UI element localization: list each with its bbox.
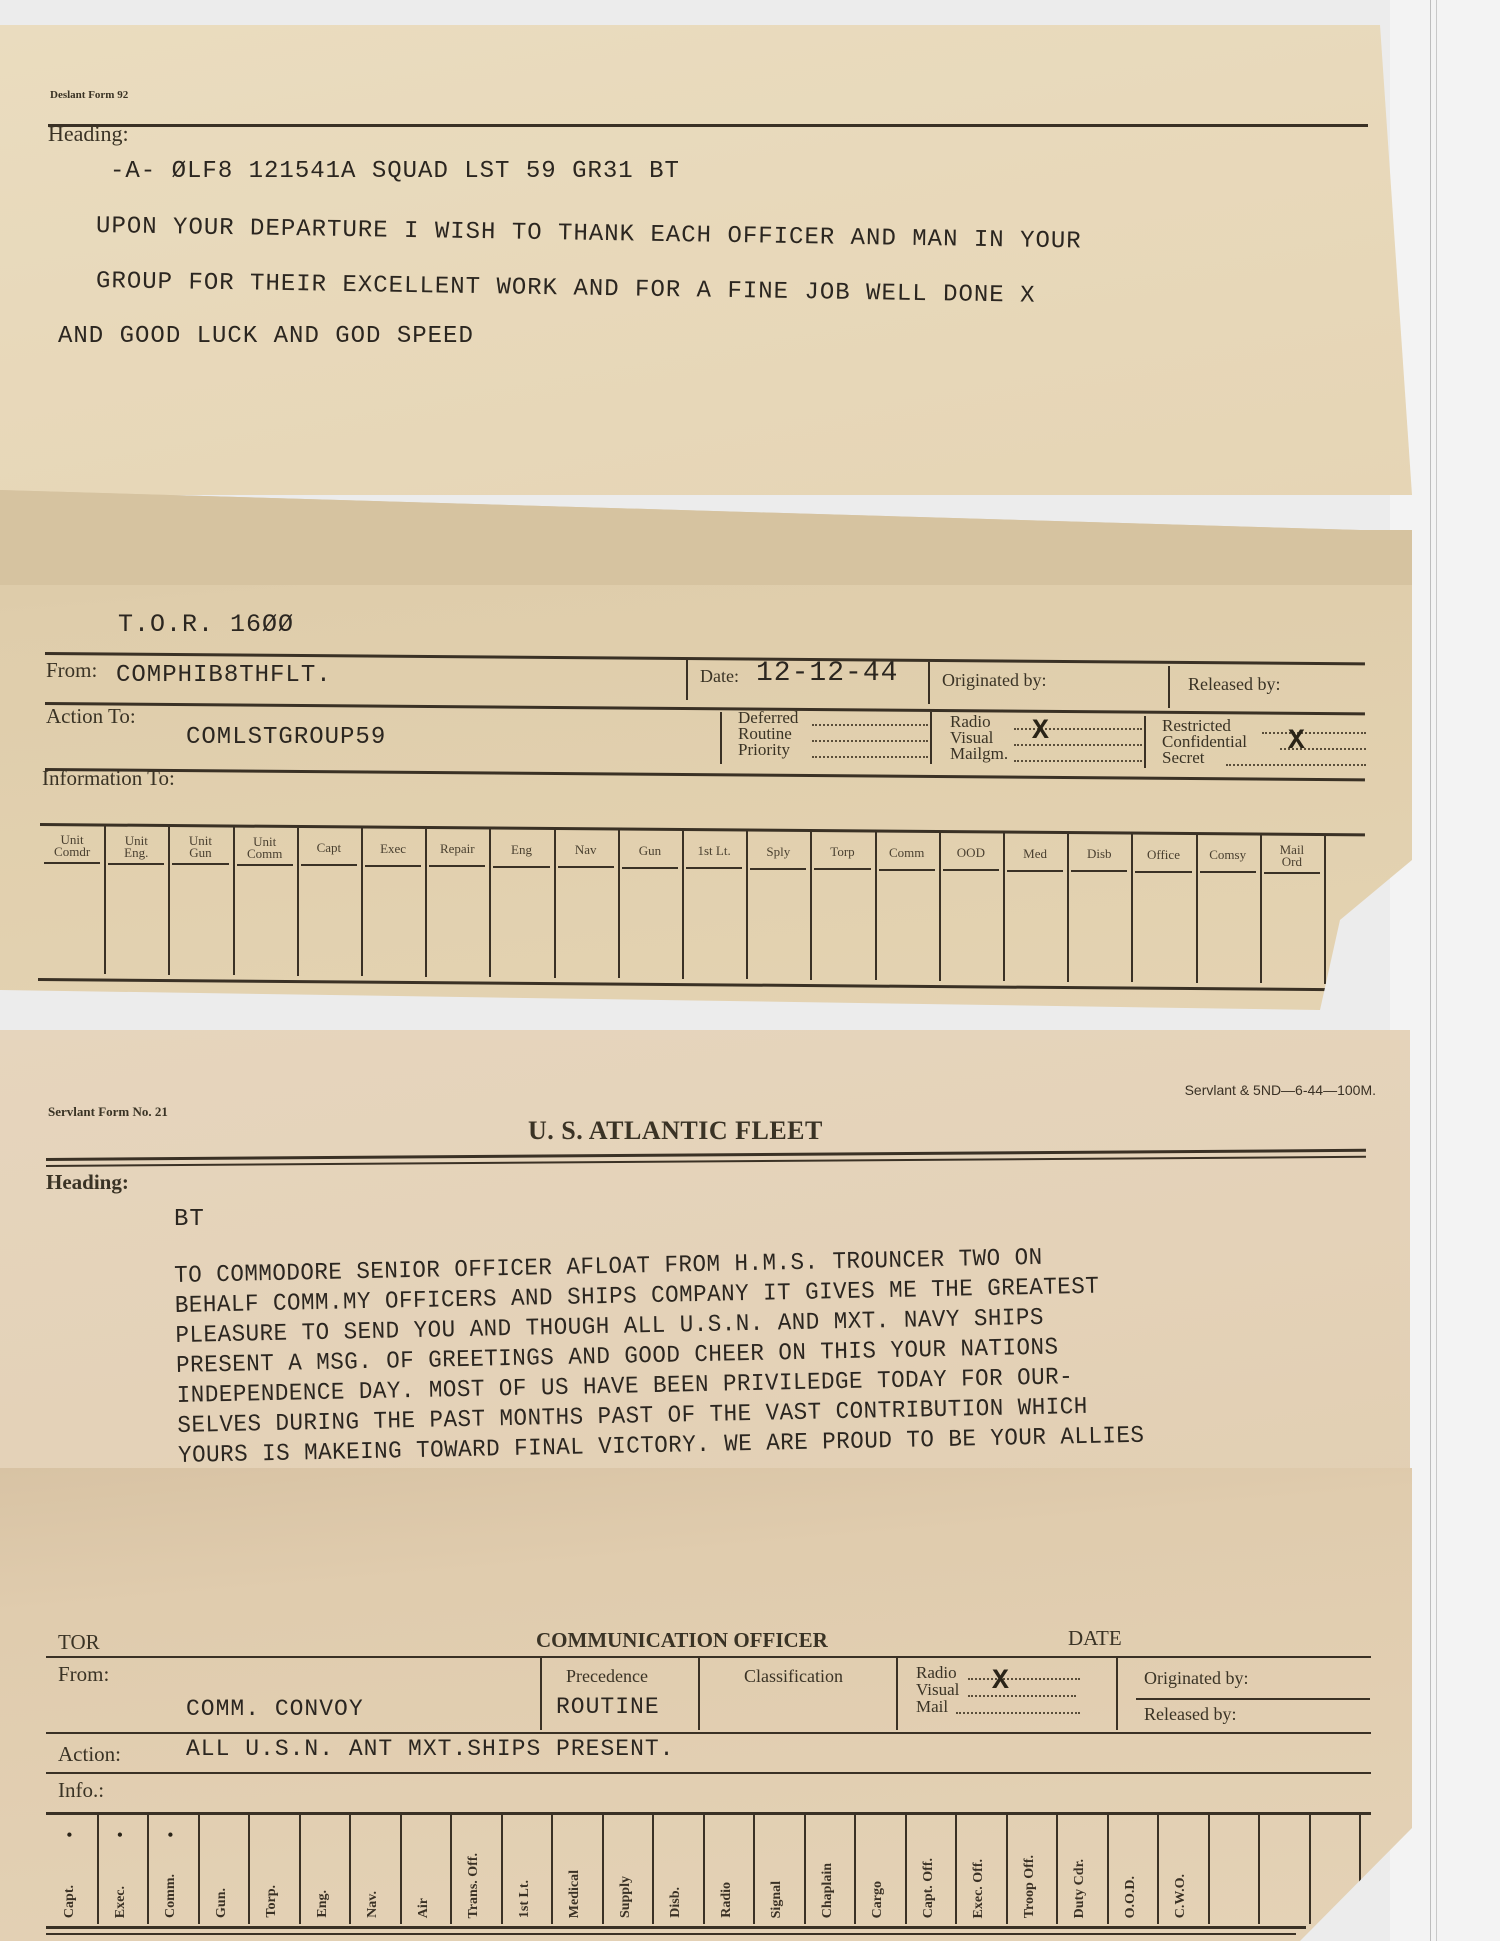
dotted-line (956, 1712, 1080, 1714)
column-divider (198, 1815, 200, 1924)
routing-bottom-rule (38, 978, 1328, 991)
released-by-label: Released by: (1188, 674, 1280, 695)
routing-column-header: Medical (567, 1870, 583, 1918)
routing-top-rule (46, 1812, 1371, 1815)
action-top-rule (45, 702, 1365, 715)
column-divider (1324, 836, 1326, 984)
routing-column-header: Capt (297, 842, 361, 854)
tor-label: TOR (58, 1630, 100, 1655)
originated-by-label: Originated by: (942, 670, 1046, 691)
routing-column-header: Sply (746, 846, 810, 858)
confidential-check-mark: X (1288, 726, 1305, 757)
method-visual: Visual (916, 1681, 959, 1698)
divider (1144, 716, 1146, 768)
column-divider (652, 1815, 654, 1924)
column-header-underline (943, 869, 999, 871)
routing-column-header: Capt. (62, 1885, 78, 1918)
action-value: ALL U.S.N. ANT MXT.SHIPS PRESENT. (186, 1736, 674, 1762)
precedence-value: ROUTINE (556, 1694, 660, 1720)
routing-column-header: Repair (425, 843, 489, 855)
print-code: Servlant & 5ND—6-44—100M. (1185, 1082, 1376, 1098)
column-divider (1056, 1815, 1058, 1924)
column-divider (1006, 1815, 1008, 1924)
info-top-rule (45, 768, 1365, 781)
information-to-label: Information To: (42, 766, 175, 791)
column-header-underline (172, 863, 228, 865)
column-divider (602, 1815, 604, 1924)
action-to-label: Action To: (46, 704, 136, 729)
routing-column-header: 1st Lt. (517, 1880, 533, 1918)
date-label: Date: (700, 666, 739, 687)
routing-column-header: Duty Cdr. (1072, 1859, 1088, 1918)
routing-column-header: Air (416, 1898, 432, 1918)
column-divider (501, 1815, 503, 1924)
precedence-list: Deferred Routine Priority (738, 710, 798, 758)
action-rule (46, 1732, 1371, 1734)
method-mail: Mail (916, 1698, 959, 1715)
routing-column-header: Disb. (668, 1887, 684, 1918)
routing-column-header: Troop Off. (1022, 1855, 1038, 1918)
heading-rule (48, 124, 1368, 127)
dispatch-form-1-lower: T.O.R. 16ØØ From: COMPHIB8THFLT. Date: 1… (0, 490, 1412, 1010)
column-header-underline (1007, 870, 1063, 872)
communication-officer-label: COMMUNICATION OFFICER (536, 1628, 828, 1653)
fold-band (0, 490, 1412, 585)
routing-column-header: Chaplain (820, 1863, 836, 1918)
from-value: COMPHIB8THFLT. (116, 662, 332, 689)
column-header-underline (879, 869, 935, 871)
divider (686, 658, 688, 700)
column-divider (1258, 1815, 1260, 1924)
heading-label: Heading: (46, 1170, 129, 1195)
routing-column-header: Eng. (315, 1890, 331, 1918)
column-divider (1309, 1815, 1311, 1924)
routing-column-header: Cargo (870, 1881, 886, 1918)
method-mailgram: Mailgm. (950, 746, 1008, 762)
action-to-value: COMLSTGROUP59 (186, 724, 386, 751)
precedence-priority: Priority (738, 742, 798, 758)
column-divider (248, 1815, 250, 1924)
heading-line: BT (174, 1206, 205, 1233)
column-header-underline (686, 867, 742, 869)
column-divider (703, 1815, 705, 1924)
dotted-line (1226, 764, 1366, 766)
column-divider (400, 1815, 402, 1924)
column-divider (450, 1815, 452, 1924)
heading-line: -A- ØLF8 121541A SQUAD LST 59 GR31 BT (110, 158, 680, 185)
column-header-underline (429, 865, 485, 867)
dotted-line (812, 740, 928, 742)
tor-value: T.O.R. 16ØØ (118, 610, 294, 639)
routing-column-header: Supply (618, 1876, 634, 1918)
column-divider (349, 1815, 351, 1924)
divider (720, 712, 722, 764)
star-marker: • (117, 1825, 123, 1846)
dotted-line (968, 1695, 1076, 1697)
routing-column-header: UnitComm (233, 836, 297, 860)
column-header-underline (493, 866, 549, 868)
routing-top-rule (40, 823, 1365, 836)
routing-column-header: Capt. Off. (921, 1858, 937, 1918)
routing-column-header: Nav. (365, 1891, 381, 1918)
transmission-method-list: Radio Visual Mailgm. (950, 714, 1008, 762)
released-by-label: Released by: (1144, 1704, 1236, 1725)
column-header-underline (301, 864, 357, 866)
routing-column-header: MailOrd (1260, 844, 1324, 868)
from-value: COMM. CONVOY (186, 1696, 364, 1722)
message-body: TO COMMODORE SENIOR OFFICER AFLOAT FROM … (174, 1240, 1206, 1471)
divider (698, 1658, 700, 1730)
routing-column-header: Disb (1067, 848, 1131, 860)
dispatch-form-2-upper: Servlant & 5ND—6-44—100M. Servlant Form … (0, 1030, 1410, 1490)
info-label: Info.: (58, 1778, 104, 1803)
column-divider (551, 1815, 553, 1924)
visual-check-mark: X (992, 1666, 1009, 1697)
info-rule (46, 1772, 1371, 1774)
routing-column-header: Torp. (264, 1885, 280, 1918)
dotted-line (812, 724, 928, 726)
routing-column-header: Exec (361, 843, 425, 855)
routing-bottom-rule-2 (46, 1933, 1296, 1935)
routing-column-header: Torp (810, 846, 874, 858)
routing-column-header: O.O.D. (1123, 1876, 1139, 1918)
routing-column-header: Nav (554, 844, 618, 856)
routing-column-header: Trans. Off. (466, 1853, 482, 1918)
column-divider (955, 1815, 957, 1924)
column-divider (1359, 1815, 1361, 1924)
column-header-underline (1071, 870, 1127, 872)
message-line: AND GOOD LUCK AND GOD SPEED (58, 323, 474, 350)
column-divider (1107, 1815, 1109, 1924)
visual-check-mark: X (1032, 716, 1049, 747)
heading-label: Heading: (48, 121, 129, 147)
column-header-underline (237, 864, 293, 866)
dotted-line (812, 756, 928, 758)
header-rule (46, 1656, 1371, 1658)
column-header-underline (622, 867, 678, 869)
divider (928, 662, 930, 704)
action-label: Action: (58, 1742, 121, 1767)
column-divider (753, 1815, 755, 1924)
column-divider (97, 1815, 99, 1924)
dotted-line (968, 1678, 1080, 1680)
column-divider (905, 1815, 907, 1924)
divider (1168, 666, 1170, 708)
column-header-underline (558, 866, 614, 868)
dotted-line (1014, 760, 1142, 762)
originated-rule (1136, 1698, 1370, 1700)
column-header-underline (814, 868, 870, 870)
column-divider (299, 1815, 301, 1924)
form-number-label: Servlant Form No. 21 (48, 1104, 168, 1120)
divider (540, 1658, 542, 1730)
method-radio: Radio (916, 1664, 959, 1681)
form-number-label: Deslant Form 92 (50, 89, 128, 101)
divider (896, 1658, 898, 1730)
routing-column-header: Comm (875, 847, 939, 859)
routing-column-header: Exec. Off. (971, 1859, 987, 1918)
star-marker: • (167, 1825, 173, 1846)
from-label: From: (46, 658, 97, 683)
routing-column-header: Office (1131, 849, 1195, 861)
routing-column-header: UnitGun (168, 835, 232, 859)
originated-by-label: Originated by: (1144, 1668, 1248, 1689)
routing-column-header: C.W.O. (1173, 1874, 1189, 1918)
routing-column-header: Comm. (163, 1874, 179, 1918)
column-header-underline (1135, 871, 1191, 873)
routing-column-header: Gun (618, 845, 682, 857)
precedence-label: Precedence (566, 1666, 648, 1687)
date-label: DATE (1068, 1626, 1122, 1651)
dispatch-form-2-lower: TOR COMMUNICATION OFFICER DATE From: COM… (0, 1468, 1412, 1941)
routing-column-header: Med (1003, 848, 1067, 860)
routing-column-header: Eng (489, 844, 553, 856)
divider (930, 712, 932, 764)
classification-list: Restricted Confidential Secret (1162, 718, 1247, 766)
star-marker: • (66, 1825, 72, 1846)
column-header-underline (1264, 872, 1320, 874)
routing-column-header: UnitComdr (40, 834, 104, 858)
routing-column-header: Gun. (214, 1888, 230, 1918)
column-header-underline (108, 863, 164, 865)
classification-label: Classification (744, 1666, 843, 1687)
date-value: 12-12-44 (756, 658, 898, 689)
dotted-line (1262, 732, 1366, 734)
routing-column-header: Radio (719, 1882, 735, 1918)
form-title: U. S. ATLANTIC FLEET (528, 1116, 823, 1146)
routing-column-header: Exec. (113, 1886, 129, 1918)
message-line: GROUP FOR THEIR EXCELLENT WORK AND FOR A… (96, 268, 1036, 310)
column-divider (804, 1815, 806, 1924)
column-header-underline (365, 865, 421, 867)
routing-column-header: 1st Lt. (682, 845, 746, 857)
column-divider (147, 1815, 149, 1924)
from-label: From: (58, 1662, 109, 1687)
routing-bottom-rule (46, 1926, 1306, 1929)
column-divider (854, 1815, 856, 1924)
column-header-underline (44, 862, 100, 864)
divider (1116, 1658, 1118, 1730)
column-header-underline (750, 868, 806, 870)
column-header-underline (1200, 871, 1256, 873)
message-line: UPON YOUR DEPARTURE I WISH TO THANK EACH… (96, 213, 1082, 255)
dispatch-form-1-upper: Deslant Form 92 Heading: -A- ØLF8 121541… (0, 25, 1412, 495)
routing-column-header: UnitEng. (104, 835, 168, 859)
routing-column-header: OOD (939, 847, 1003, 859)
routing-column-header: Signal (769, 1881, 785, 1918)
column-divider (1208, 1815, 1210, 1924)
transmission-method-list: Radio Visual Mail (916, 1664, 959, 1715)
column-divider (1157, 1815, 1159, 1924)
routing-column-header: Comsy (1196, 849, 1260, 861)
